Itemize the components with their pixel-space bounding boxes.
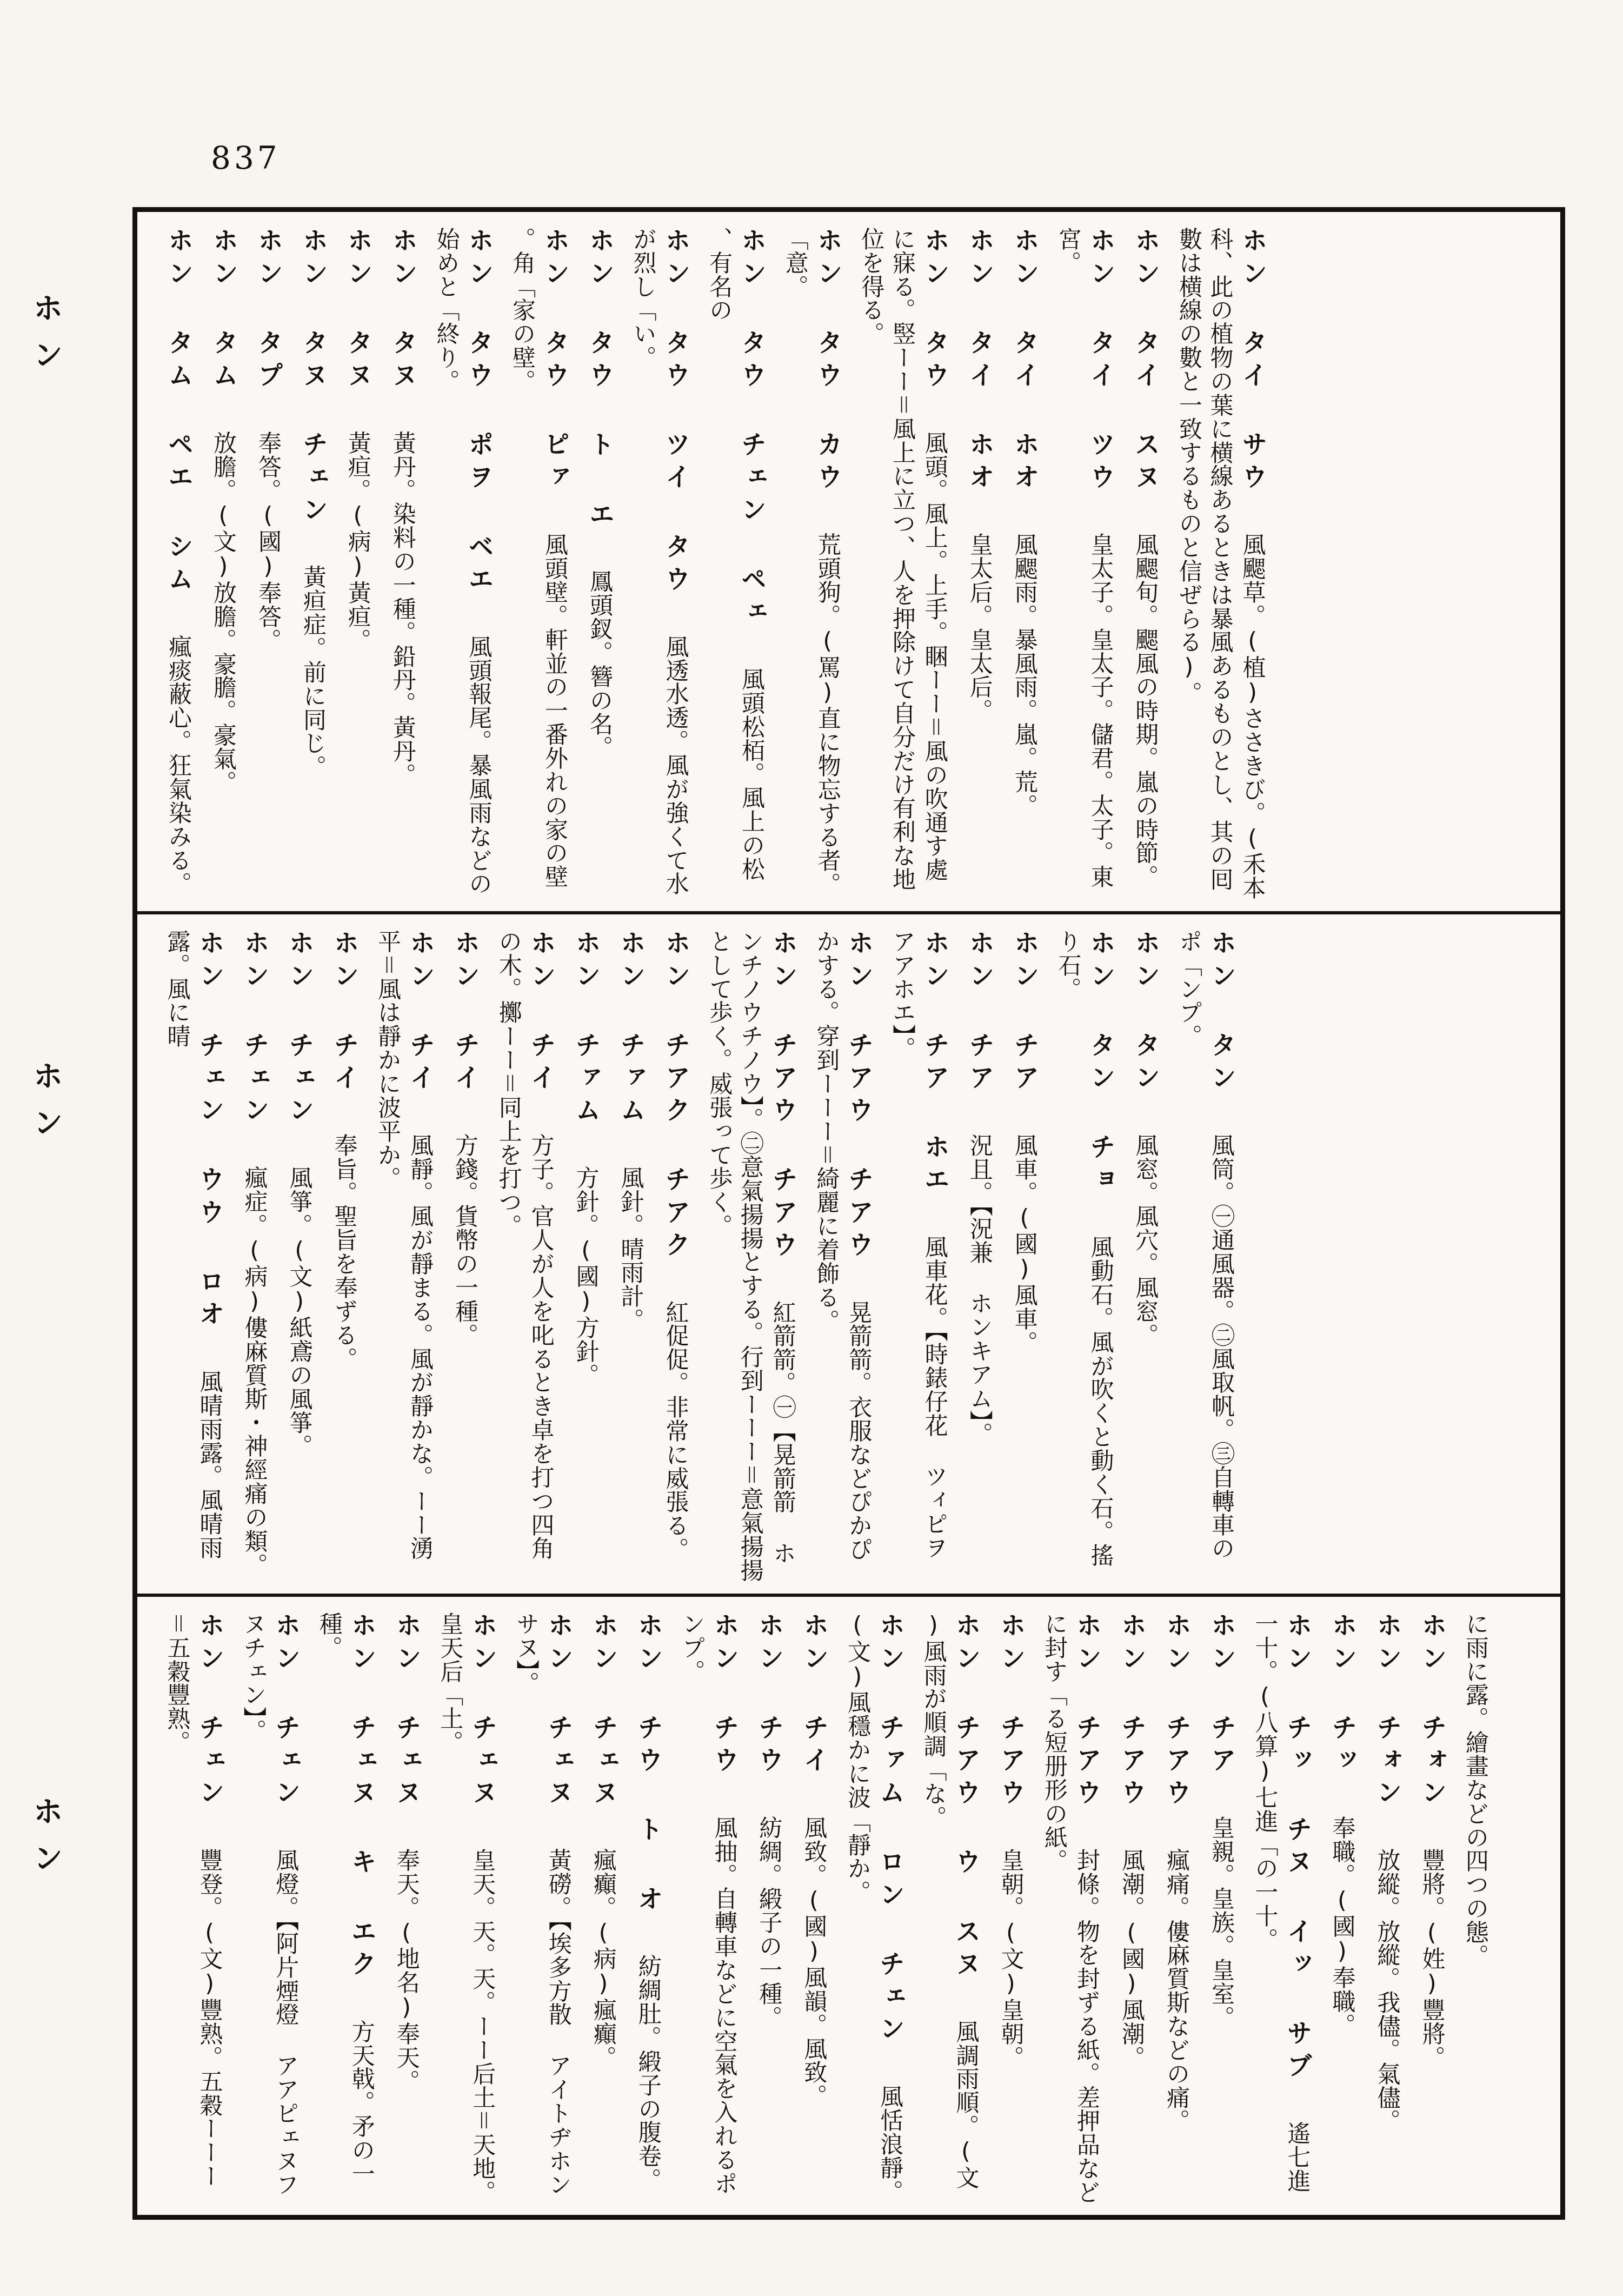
entry-headword: ホン チァム	[571, 930, 601, 1166]
entry: ホン チェン 豐登。(文)豐熟。五穀ーーー＝五穀豐熟。	[161, 1612, 227, 2204]
entry: ホン タプ 奉答。(國)奉答。	[251, 227, 285, 900]
entry-definition: 況且。【況兼 ホンキアム】。	[966, 1133, 993, 1446]
entry-headword: ホン チェヌ キ エク	[347, 1612, 377, 2020]
entry: ホン タイ ホオ 風颸雨。暴風雨。嵐。荒。	[1007, 227, 1041, 900]
entry-headword: ホン チウ ト オ	[634, 1612, 663, 1955]
entry-headword: ホン チェヌ	[589, 1612, 618, 1848]
entry: ホン チアウ 瘋痛。僂麻質斯などの痛。	[1159, 1612, 1193, 2204]
entry-definition: に雨に露。繪畫などの四つの態。	[1462, 1612, 1489, 1968]
entry-definition: 放縱。放縱。我儘。氣儘。	[1373, 1848, 1400, 2133]
entry-definition: 皇朝。(文)皇朝。	[997, 1848, 1024, 2069]
entry: ホン チッ 奉職。(國)奉職。	[1325, 1612, 1359, 2204]
band-1-entries: ホン タイ サウ 風颸草。(植)ささきび。(禾本科、此の植物の葉に横線あるときは…	[150, 227, 1269, 900]
entry-headword: ホン チッ チヌ イッ サブ	[1283, 1612, 1313, 2121]
entry-definition: 黃疸症。前に同じ。	[300, 566, 327, 779]
entry: ホン チァム 方針。(國)方針。	[569, 930, 603, 1582]
entry-definition: 風颸旬。颸風の時期。嵐の時節。	[1132, 533, 1159, 888]
dictionary-band-1: ホン タイ サウ 風颸草。(植)ささきび。(禾本科、此の植物の葉に横線あるときは…	[137, 212, 1560, 914]
entry-headword: ホン チェヌ	[468, 1612, 497, 1848]
entry: ホン チェヌ 皇天。天。天。ーー后土＝天地。皇天后「土。	[434, 1612, 500, 2204]
entry: ホン タム ペエ シム 瘋痰蔽心。狂氣染みる。	[161, 227, 195, 900]
entry: ホン チェン ウウ ロオ 風晴雨露。風晴雨露。風に晴	[161, 930, 227, 1582]
entry: ホン チアク チアク 紅促促。非常に威張る。	[658, 930, 693, 1582]
entry-definition: 紡綢肚。緞子の腹卷。	[635, 1954, 662, 2192]
entry: ホン チェヌ 瘋癲。(病)瘋癲。	[586, 1612, 620, 2204]
entry: ホン チア 風車。(國)風車。	[1007, 930, 1041, 1582]
entry: ホン チアウ チアウ 晃箭箭。衣服などぴかぴかする。穿到ーーー＝綺麗に着飾る。	[810, 930, 876, 1582]
entry-headword: ホン タム	[209, 227, 238, 431]
entry: ホン タウ ピァ 風頭壁。軒並の一番外れの家の壁。角「家の壁。	[506, 227, 571, 900]
entry-headword: ホン チイ	[527, 930, 556, 1133]
entry-headword: ホン チアウ チアウ	[844, 930, 874, 1300]
entry-headword: ホン チア	[1010, 930, 1040, 1133]
entry: ホン チアウ 封條。物を封ずる紙。差押品などに封す「る短册形の紙。	[1038, 1612, 1103, 2204]
entry-headword: ホン タイ ホオ	[1010, 227, 1040, 533]
entry: ホン タン 風窓。風穴。風窓。	[1128, 930, 1162, 1582]
entry: ホン チイ 風致。(國)風韻。風致。	[796, 1612, 830, 2204]
entry-definition: 皇太后。皇太后。	[966, 533, 993, 722]
entry-headword: ホン タウ ト エ	[585, 227, 615, 570]
entry-headword: ホン チッ	[1327, 1612, 1357, 1816]
entry: ホン チェン 風箏。(文)紙鳶の風箏。	[282, 930, 316, 1582]
entry-definition: 奉天。(地名)奉天。	[393, 1848, 420, 2093]
entry-definition: 豐將。(姓)豐將。	[1418, 1848, 1445, 2069]
entry-headword: ホン チォン	[1417, 1612, 1447, 1848]
entry-headword: ホン チアウ	[1117, 1612, 1147, 1848]
entry: に雨に露。繪畫などの四つの態。	[1459, 1612, 1491, 2204]
entry: ホン タン チョ 風動石。風が吹くと動く石。搖り石。	[1052, 930, 1118, 1582]
entry-headword: ホン チォン	[1372, 1612, 1402, 1848]
entry-headword: ホン チェン ウウ ロオ	[195, 930, 225, 1370]
entry-headword: ホン チイ	[450, 930, 480, 1133]
entry: ホン チェン 風燈。【阿片煙燈 アアピェヌフヌチェン】。	[237, 1612, 303, 2204]
entry-definition: 風車。(國)風車。	[1011, 1133, 1038, 1355]
entry-definition: 瘋症。(病)僂麻質斯・神經痛の類。	[241, 1166, 268, 1577]
entry-definition: 奉職。(國)奉職。	[1328, 1816, 1355, 2037]
entry-headword: ホン タン チョ	[1086, 930, 1115, 1235]
entry-definition: 風致。(國)風韻。風致。	[800, 1816, 827, 2108]
entry-headword: ホン チア ホエ	[920, 930, 950, 1235]
entry: ホン タイ スヌ 風颸旬。颸風の時期。嵐の時節。	[1128, 227, 1162, 900]
page-number: 837	[211, 140, 281, 176]
entry: ホン タイ サウ 風颸草。(植)ささきび。(禾本科、此の植物の葉に横線あるときは…	[1173, 227, 1269, 900]
entry: ホン チァム ロン チェン 風恬浪靜。(文)風穩かに波「靜か。	[841, 1612, 907, 2204]
entry-headword: ホン チアウ	[996, 1612, 1026, 1848]
entry-headword: ホン タウ	[920, 227, 950, 431]
entry: ホン チイ 風靜。風が靜まる。風が靜かな。ーー湧平＝風は靜かに波平か。	[371, 930, 437, 1582]
entry-headword: ホン タイ ホオ	[965, 227, 995, 533]
entry: ホン チォン 放縱。放縱。我儘。氣儘。	[1369, 1612, 1404, 2204]
entry-definition: 奉答。(國)奉答。	[255, 431, 282, 652]
entry-definition: 奉旨。聖旨を奉ずる。	[330, 1133, 357, 1371]
entry-definition: 紅促促。非常に威張る。	[662, 1300, 689, 1561]
entry-headword: ホン タイ スヌ	[1130, 227, 1160, 533]
entry-definition: 風針。晴雨計。	[617, 1166, 644, 1332]
entry: ホン チアウ 風潮。(國)風潮。	[1114, 1612, 1148, 2204]
entry: ホン チア 皇親。皇族。皇室。	[1204, 1612, 1238, 2204]
entry: ホン チォン 豐將。(姓)豐將。	[1414, 1612, 1448, 2204]
entry-headword: ホン チウ	[754, 1612, 784, 1816]
entry: ホン タン 風筒。㊀通風器。㊁風取帆。㊂自轉車のポ「ンプ。	[1173, 930, 1238, 1582]
entry-headword: ホン タム ペエ シム	[164, 227, 194, 635]
entry: ホン タウ ツイ タウ 風透水透。風が強くて水が烈し「い。	[627, 227, 693, 900]
dictionary-band-3: に雨に露。繪畫などの四つの態。ホン チォン 豐將。(姓)豐將。ホン チォン 放縱…	[137, 1597, 1560, 2215]
entry: ホン タヌ 黃疸。(病)黃疸。	[341, 227, 375, 900]
entry: ホン タヌ 黃丹。染料の一種。鉛丹。黃丹。	[385, 227, 420, 900]
entry-headword: ホン チイ	[405, 930, 435, 1133]
entry: ホン チイ 奉旨。聖旨を奉ずる。	[327, 930, 361, 1582]
entry-definition: 方錢。貨幣の一種。	[451, 1133, 478, 1347]
margin-label-hon-3: ホン	[18, 1795, 67, 1889]
entry-headword: ホン チアウ	[1072, 1612, 1102, 1848]
entry-headword: ホン タン	[1207, 930, 1236, 1133]
entry-headword: ホン タウ ピァ	[540, 227, 570, 533]
entry-definition: 瘋癲。(病)瘋癲。	[590, 1848, 617, 2069]
entry: ホン チァム 風針。晴雨計。	[614, 930, 648, 1582]
entry-definition: 放膽。(文)放膽。豪膽。豪氣。	[210, 431, 237, 794]
entry-headword: ホン タウ カウ	[813, 227, 843, 533]
entry-headword: ホン タウ ポヲ ベエ	[464, 227, 494, 635]
entry-headword: ホン チァム	[616, 930, 646, 1166]
entry-definition: 瘋痛。僂麻質斯などの痛。	[1163, 1848, 1190, 2133]
entry: ホン チアウ チアウ 紅箭箭。㊀【晃箭箭 ホンチノウチノウ】。㊁意氣揚揚とする。…	[703, 930, 800, 1582]
entry-headword: ホン チイ	[799, 1612, 829, 1816]
entry: ホン チウ 風抽。自轉車などに空氣を入れるポンプ。	[676, 1612, 741, 2204]
entry: ホン タウ ポヲ ベエ 風頭報尾。暴風雨などの始めと「終り。	[430, 227, 496, 900]
entry-headword: ホン チェン	[240, 930, 270, 1166]
entry-headword: ホン タヌ	[343, 227, 373, 431]
entry-headword: ホン チェン	[271, 1612, 301, 1848]
entry-headword: ホン タウ チェン ペェ	[737, 227, 767, 667]
entry-headword: ホン チアウ ウ スヌ	[951, 1612, 981, 2020]
entry-headword: ホン タイ サウ	[1238, 227, 1268, 533]
entry: ホン チェン 瘋症。(病)僂麻質斯・神經痛の類。	[237, 930, 271, 1582]
entry-headword: ホン タプ	[254, 227, 283, 431]
entry-headword: ホン タヌ チェン	[298, 227, 328, 566]
entry-definition: 風颸雨。暴風雨。嵐。荒。	[1011, 533, 1038, 817]
entry-definition: 紡綢。緞子の一種。	[755, 1816, 782, 2029]
margin-label-hon-1: ホン	[18, 292, 67, 386]
entry-definition: 鳳頭釵。簪の名。	[586, 570, 613, 760]
entry-headword: ホン タヌ	[388, 227, 418, 431]
entry: ホン チッ チヌ イッ サブ 遙七進一十。(八算)七進「の一十。	[1249, 1612, 1314, 2204]
entry-headword: ホン チア	[1207, 1612, 1236, 1816]
entry: ホン チウ 紡綢。緞子の一種。	[751, 1612, 786, 2204]
entry: ホン タム 放膽。(文)放膽。豪膽。豪氣。	[206, 227, 240, 900]
band-3-entries: に雨に露。繪畫などの四つの態。ホン チォン 豐將。(姓)豐將。ホン チォン 放縱…	[150, 1612, 1491, 2204]
entry-headword: ホン チイ	[329, 930, 359, 1133]
entry-headword: ホン タウ ツイ タウ	[661, 227, 691, 635]
entry: ホン タウ ト エ 鳳頭釵。簪の名。	[582, 227, 616, 900]
entry-headword: ホン チェン	[195, 1612, 225, 1848]
band-2-entries: ホン タン 風筒。㊀通風器。㊁風取帆。㊂自轉車のポ「ンプ。ホン タン 風窓。風穴…	[150, 930, 1238, 1582]
dictionary-band-2: ホン タン 風筒。㊀通風器。㊁風取帆。㊂自轉車のポ「ンプ。ホン タン 風窓。風穴…	[137, 914, 1560, 1596]
entry: ホン タヌ チェン 黃疸症。前に同じ。	[296, 227, 330, 900]
entry-definition: 方針。(國)方針。	[573, 1166, 600, 1387]
entry-headword: ホン タン	[1130, 930, 1160, 1133]
entry: ホン チア ホエ 風車花。【時錶仔花 ツィピヲアアホエ】。	[886, 930, 952, 1582]
entry-headword: ホン チウ	[709, 1612, 739, 1816]
entry-definition: 風箏。(文)紙鳶の風箏。	[286, 1166, 313, 1458]
entry-definition: 瘋痰蔽心。狂氣染みる。	[165, 635, 192, 895]
dictionary-page-frame: ホン タイ サウ 風颸草。(植)ささきび。(禾本科、此の植物の葉に横線あるときは…	[132, 207, 1565, 2220]
entry-headword: ホン チェヌ	[544, 1612, 574, 1848]
entry-headword: ホン チァム ロン チェン	[875, 1612, 905, 2085]
entry-headword: ホン チアウ チアウ	[768, 930, 798, 1300]
entry: ホン チウ ト オ 紡綢肚。緞子の腹卷。	[631, 1612, 665, 2204]
entry-definition: 風窓。風穴。風窓。	[1132, 1133, 1159, 1347]
entry: ホン チェヌ 黃磱。【埃多方散 アイトヂホンサヌ】。	[510, 1612, 575, 2204]
entry: ホン タウ 風頭。風上。上手。睏ーー＝風の吹通す處に寐る。竪ーー＝風上に立つ、人…	[855, 227, 952, 900]
entry: ホン タウ チェン ペェ 風頭松栢。風上の松、有名の	[703, 227, 769, 900]
entry-definition: 風潮。(國)風潮。	[1118, 1848, 1145, 2069]
entry: ホン タイ ツウ 皇太子。皇太子。儲君。太子。東宮。	[1052, 227, 1118, 900]
entry-headword: ホン チアク チアク	[661, 930, 691, 1300]
entry-definition: 黃丹。染料の一種。鉛丹。黃丹。	[389, 431, 416, 787]
entry-headword: ホン チェン	[285, 930, 315, 1166]
entry: ホン チェヌ 奉天。(地名)奉天。	[389, 1612, 423, 2204]
entry-headword: ホン タイ ツウ	[1086, 227, 1115, 533]
entry-headword: ホン チアウ	[1162, 1612, 1192, 1848]
entry: ホン チェヌ キ エク 方天戟。矛の一種。	[313, 1612, 378, 2204]
entry: ホン チアウ ウ スヌ 風調雨順。(文)風雨が順調「な。	[917, 1612, 983, 2204]
entry-definition: 黃疸。(病)黃疸。	[344, 431, 371, 652]
entry: ホン チイ 方子。官人が人を叱るとき卓を打つ四角の木。擲ーー＝同上を打つ。	[493, 930, 558, 1582]
entry: ホン チイ 方錢。貨幣の一種。	[448, 930, 482, 1582]
entry-headword: ホン チェヌ	[392, 1612, 422, 1848]
entry: ホン チア 況且。【況兼 ホンキアム】。	[962, 930, 996, 1582]
margin-label-hon-2: ホン	[18, 1060, 67, 1154]
entry: ホン チアウ 皇朝。(文)皇朝。	[993, 1612, 1027, 2204]
entry-headword: ホン チア	[965, 930, 995, 1133]
entry: ホン タイ ホオ 皇太后。皇太后。	[962, 227, 996, 900]
entry: ホン タウ カウ 荒頭狗。(罵)直に物忘する者。「意。	[779, 227, 844, 900]
entry-definition: 皇親。皇族。皇室。	[1208, 1816, 1235, 2029]
